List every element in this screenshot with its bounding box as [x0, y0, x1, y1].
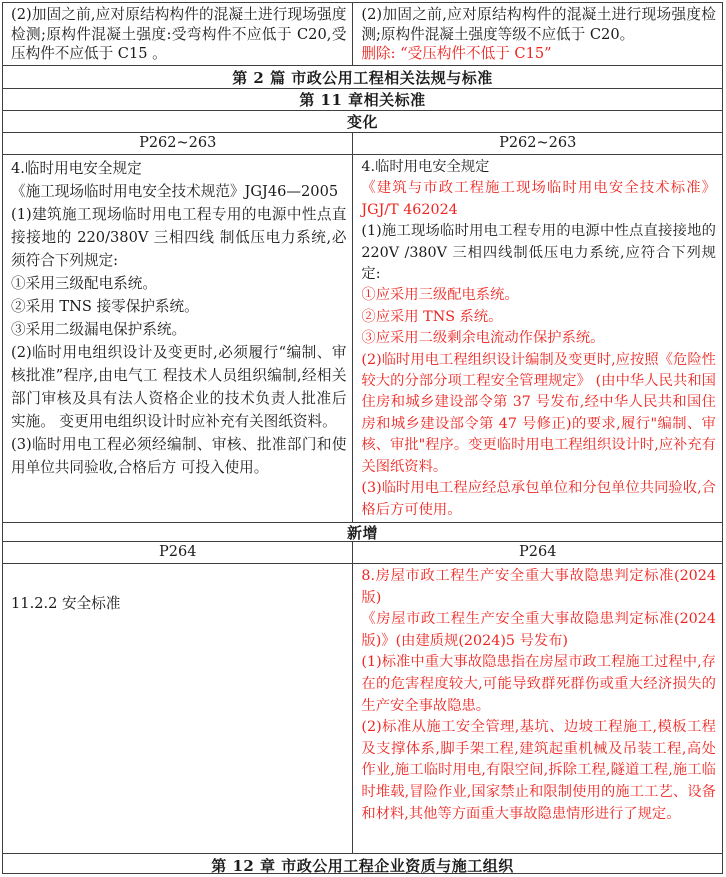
chapter11-header: 第 11 章相关标准	[3, 88, 722, 110]
paragraph: 《建筑与市政工程施工现场临时用电安全技术标准》JGJ/T 462024	[361, 178, 716, 221]
regulation-comparison-table: (2)加固之前,应对原结构构件的混凝土进行现场强度检测;原构件混凝土强度:受弯构…	[2, 2, 723, 874]
page-ref-new: P262~263	[352, 133, 722, 154]
paragraph: (1)建筑施工现场临时用电工程专用的电源中性点直接接地的 220/380V 三相…	[11, 203, 346, 272]
paragraph: ①采用三级配电系统。	[11, 272, 346, 295]
change-section-label: 变化	[3, 110, 722, 132]
new-reinforce-text: (2)加固之前,应对原结构构件的混凝土进行现场强度检测;原构件混凝土强度等级不应…	[361, 5, 716, 44]
paragraph: (1)标准中重大事故隐患指在房屋市政工程施工过程中,存在的危害程度较大,可能导致…	[361, 652, 716, 717]
old-power-safety-cell: 4.临时用电安全规定 《施工现场临时用电安全技术规范》JGJ46—2005 (1…	[3, 155, 352, 522]
new-version-cell: (2)加固之前,应对原结构构件的混凝土进行现场强度检测;原构件混凝土强度等级不应…	[352, 3, 722, 65]
change-label-text: 变化	[347, 111, 378, 132]
paragraph: (2)标准从施工安全管理,基坑、边坡工程施工,模板工程及支撑体系,脚手架工程,建…	[361, 717, 716, 825]
old-standard-cell: 11.2.2 安全标准	[3, 564, 352, 853]
paragraph: 《房屋市政工程生产安全重大事故隐患判定标准(2024版)》(由建质规(2024)…	[361, 609, 716, 652]
page-ref-new: P264	[352, 542, 722, 563]
page-ref-old: P264	[3, 542, 352, 563]
paragraph: ③应采用二级剩余电流动作保护系统。	[361, 328, 716, 349]
paragraph: 4.临时用电安全规定	[361, 157, 716, 178]
paragraph: 8.房屋市政工程生产安全重大事故隐患判定标准(2024版)	[361, 566, 716, 609]
paragraph: (1)施工现场临时用电工程专用的电源中性点直接接地的 220V /380V 三相…	[361, 221, 716, 285]
paragraph: (2)临时用电工程组织设计编制及变更时,应按照《危险性较大的分部分项工程安全管理…	[361, 350, 716, 478]
chapter11-header-label: 第 11 章相关标准	[299, 89, 425, 110]
table-row: 11.2.2 安全标准 8.房屋市政工程生产安全重大事故隐患判定标准(2024版…	[3, 563, 722, 853]
standard-section-number: 11.2.2 安全标准	[11, 594, 346, 614]
old-version-cell: (2)加固之前,应对原结构构件的混凝土进行现场强度检测;原构件混凝土强度:受弯构…	[3, 3, 352, 65]
page-ref-old: P262~263	[3, 133, 352, 154]
paragraph: (3)临时用电工程必须经编制、审核、批准部门和使用单位共同验收,合格后方 可投入…	[11, 433, 346, 479]
new-section-label: 新增	[3, 522, 722, 541]
part2-header-label: 第 2 篇 市政公用工程相关法规与标准	[232, 67, 493, 88]
chapter12-header: 第 12 章 市政公用工程企业资质与施工组织	[3, 853, 722, 876]
new-label-text: 新增	[347, 522, 378, 541]
paragraph: ③采用二级漏电保护系统。	[11, 318, 346, 341]
paragraph: 《施工现场临时用电安全技术规范》JGJ46—2005	[11, 180, 346, 203]
part2-section-header: 第 2 篇 市政公用工程相关法规与标准	[3, 65, 722, 88]
table-row: (2)加固之前,应对原结构构件的混凝土进行现场强度检测;原构件混凝土强度:受弯构…	[3, 3, 722, 65]
table-row: 4.临时用电安全规定 《施工现场临时用电安全技术规范》JGJ46—2005 (1…	[3, 154, 722, 522]
new-power-safety-cell: 4.临时用电安全规定 《建筑与市政工程施工现场临时用电安全技术标准》JGJ/T …	[352, 155, 722, 522]
page-ref-row: P262~263 P262~263	[3, 132, 722, 154]
paragraph: ②应采用 TNS 系统。	[361, 307, 716, 328]
chapter12-header-label: 第 12 章 市政公用工程企业资质与施工组织	[211, 855, 514, 876]
paragraph: (2)临时用电组织设计及变更时,必须履行“编制、审核批准”程序,由电气工 程技术…	[11, 341, 346, 433]
page-ref-row: P264 P264	[3, 541, 722, 563]
deleted-note: 删除: “受压构件不低于 C15”	[361, 44, 716, 64]
paragraph: 4.临时用电安全规定	[11, 157, 346, 180]
paragraph: ①应采用三级配电系统。	[361, 285, 716, 306]
paragraph: (3)临时用电工程应经总承包单位和分包单位共同验收,合格后方可使用。	[361, 478, 716, 521]
old-reinforce-text: (2)加固之前,应对原结构构件的混凝土进行现场强度检测;原构件混凝土强度:受弯构…	[11, 5, 346, 64]
paragraph: ②采用 TNS 接零保护系统。	[11, 295, 346, 318]
new-standard-cell: 8.房屋市政工程生产安全重大事故隐患判定标准(2024版) 《房屋市政工程生产安…	[352, 564, 722, 853]
